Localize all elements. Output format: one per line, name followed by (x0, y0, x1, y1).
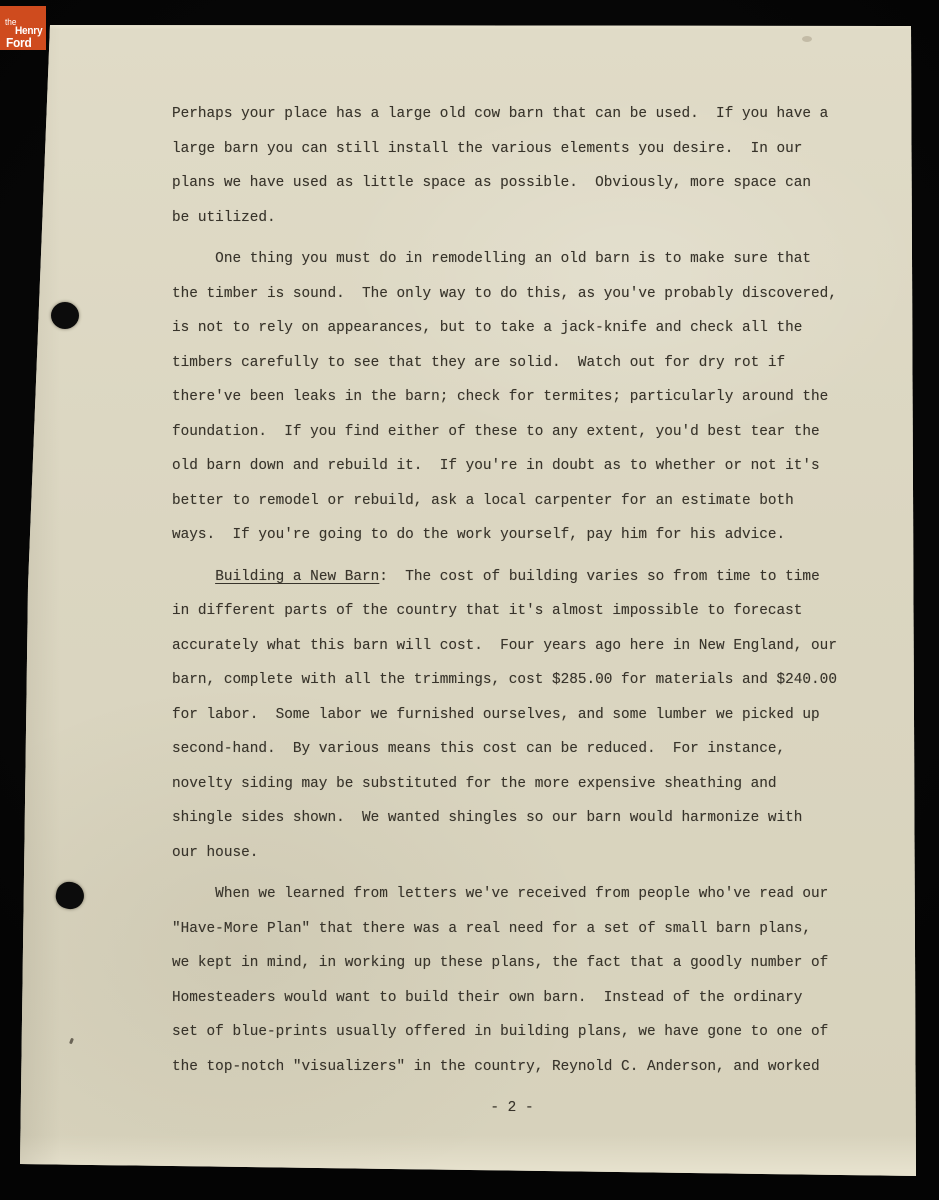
text-line: we kept in mind, in working up these pla… (172, 946, 852, 981)
text-line: is not to rely on appearances, but to ta… (172, 311, 852, 346)
text-line: timbers carefully to see that they are s… (172, 346, 852, 381)
scan-speck (802, 36, 812, 42)
scan-speck (69, 1038, 74, 1045)
text-line: "Have-More Plan" that there was a real n… (172, 912, 852, 947)
text-line: shingle sides shown. We wanted shingles … (172, 801, 852, 836)
paragraph: Building a New Barn: The cost of buildin… (172, 560, 852, 871)
text-line: second-hand. By various means this cost … (172, 732, 852, 767)
text-line: set of blue-prints usually offered in bu… (172, 1015, 852, 1050)
text-line: old barn down and rebuild it. If you're … (172, 449, 852, 484)
paragraph: One thing you must do in remodelling an … (172, 242, 852, 553)
document-text: Perhaps your place has a large old cow b… (172, 97, 852, 1126)
logo-text-ford: Ford (6, 36, 31, 49)
text-line: there've been leaks in the barn; check f… (172, 380, 852, 415)
text-line: our house. (172, 836, 852, 871)
scan-background: the Henry Ford Perhaps your place has a … (0, 0, 939, 1200)
text-line: ways. If you're going to do the work you… (172, 518, 852, 553)
paragraph: When we learned from letters we've recei… (172, 877, 852, 1084)
henry-ford-logo: the Henry Ford (0, 6, 46, 50)
text-line: foundation. If you find either of these … (172, 415, 852, 450)
text-line: plans we have used as little space as po… (172, 166, 852, 201)
document-page: Perhaps your place has a large old cow b… (14, 16, 920, 1182)
hole-punch-top (51, 302, 79, 329)
hole-punch-bottom (53, 879, 86, 911)
text-line: in different parts of the country that i… (172, 594, 852, 629)
text-line: for labor. Some labor we furnished ourse… (172, 698, 852, 733)
text-line: Homesteaders would want to build their o… (172, 981, 852, 1016)
text-line: be utilized. (172, 201, 852, 236)
text-line: When we learned from letters we've recei… (172, 877, 852, 912)
text-line: novelty siding may be substituted for th… (172, 767, 852, 802)
text-line: accurately what this barn will cost. Fou… (172, 629, 852, 664)
text-line: better to remodel or rebuild, ask a loca… (172, 484, 852, 519)
text-line: Building a New Barn: The cost of buildin… (172, 560, 852, 595)
text-line: barn, complete with all the trimmings, c… (172, 663, 852, 698)
paragraph: Perhaps your place has a large old cow b… (172, 97, 852, 235)
text-line: the timber is sound. The only way to do … (172, 277, 852, 312)
text-line: One thing you must do in remodelling an … (172, 242, 852, 277)
text-line: the top-notch "visualizers" in the count… (172, 1050, 852, 1085)
page-number: - 2 - (172, 1091, 852, 1126)
section-heading: Building a New Barn (215, 569, 379, 585)
text-line: Perhaps your place has a large old cow b… (172, 97, 852, 132)
text-line: large barn you can still install the var… (172, 132, 852, 167)
